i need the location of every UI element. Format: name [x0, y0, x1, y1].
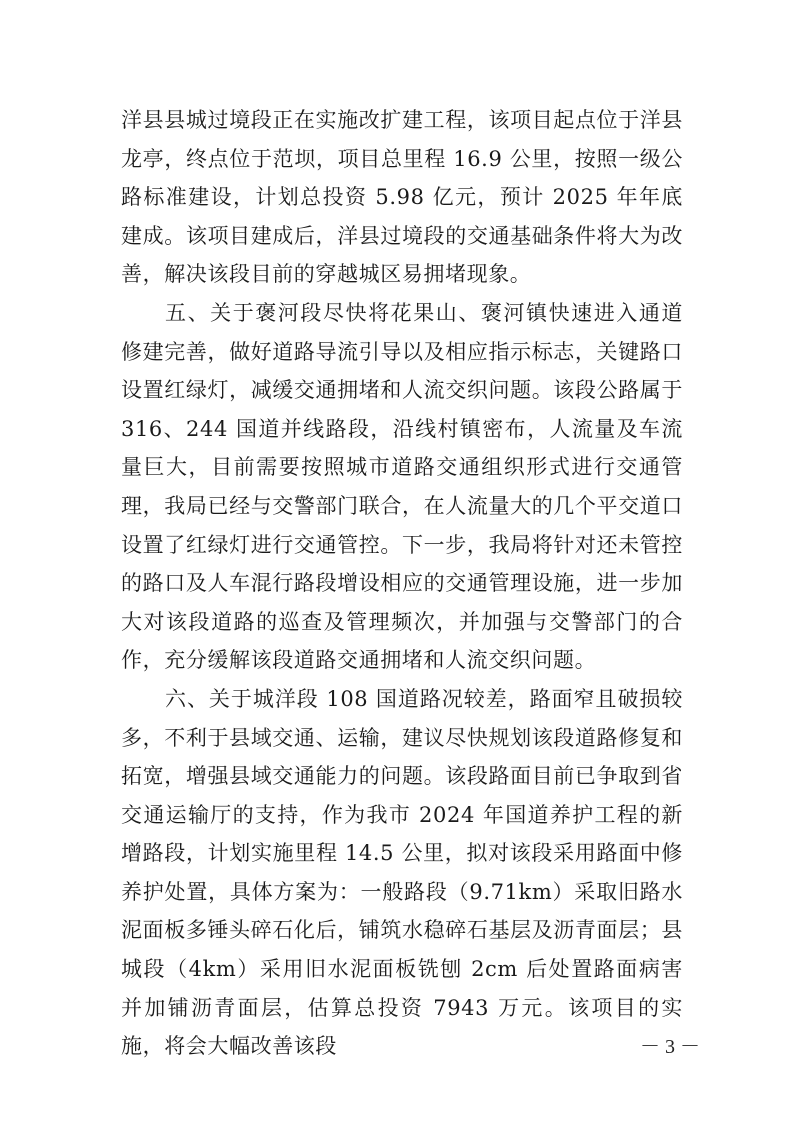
paragraph-item-five-baohe: 五、关于褒河段尽快将花果山、褒河镇快速进入通道修建完善，做好道路导流引导以及相应…: [121, 294, 683, 680]
paragraph-yangxian-bypass: 洋县县城过境段正在实施改扩建工程，该项目起点位于洋县龙亭，终点位于范坝，项目总里…: [121, 101, 683, 294]
document-body: 洋县县城过境段正在实施改扩建工程，该项目起点位于洋县龙亭，终点位于范坝，项目总里…: [121, 101, 683, 1066]
page-number: － 3 －: [640, 1030, 700, 1059]
paragraph-item-six-chengyang: 六、关于城洋段 108 国道路况较差，路面窄且破损较多，不利于县域交通、运输，建…: [121, 680, 683, 1066]
document-page: 洋县县城过境段正在实施改扩建工程，该项目起点位于洋县龙亭，终点位于范坝，项目总里…: [0, 0, 793, 1122]
